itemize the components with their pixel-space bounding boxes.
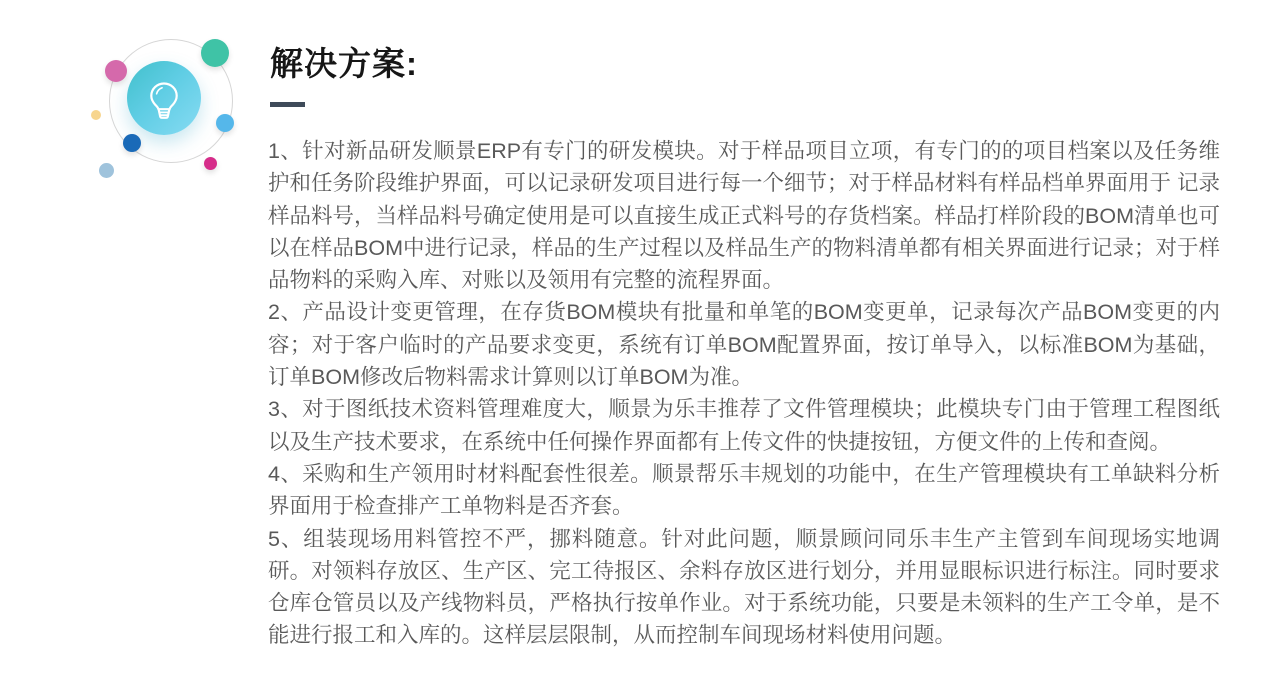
decor-dot-yellow xyxy=(91,110,101,120)
solution-paragraph-4: 4、采购和生产领用时材料配套性很差。顺景帮乐丰规划的功能中，在生产管理模块有工单… xyxy=(268,458,1220,523)
lightbulb-icon xyxy=(140,74,188,122)
page-title: 解决方案: xyxy=(270,44,418,84)
decor-dot-magenta xyxy=(204,157,217,170)
decor-dot-dark-blue xyxy=(123,134,141,152)
decor-dot-light-blue xyxy=(216,114,234,132)
page: 解决方案: 1、针对新品研发顺景ERP有专门的研发模块。对于样品项目立项，有专门… xyxy=(0,0,1263,694)
solution-paragraph-3: 3、对于图纸技术资料管理难度大，顺景为乐丰推荐了文件管理模块；此模块专门由于管理… xyxy=(268,393,1220,458)
lightbulb-graphic xyxy=(85,28,250,193)
decor-dot-teal xyxy=(201,39,229,67)
solution-text: 1、针对新品研发顺景ERP有专门的研发模块。对于样品项目立项，有专门的的项目档案… xyxy=(268,135,1220,652)
solution-paragraph-1: 1、针对新品研发顺景ERP有专门的研发模块。对于样品项目立项，有专门的的项目档案… xyxy=(268,135,1220,296)
solution-paragraph-5: 5、组装现场用料管控不严，挪料随意。针对此问题，顺景顾问同乐丰生产主管到车间现场… xyxy=(268,523,1220,652)
solution-paragraph-2: 2、产品设计变更管理，在存货BOM模块有批量和单笔的BOM变更单，记录每次产品B… xyxy=(268,296,1220,393)
lightbulb-circle xyxy=(127,61,201,135)
decor-dot-steel-blue xyxy=(99,163,114,178)
title-accent-bar xyxy=(270,102,305,107)
decor-dot-pink xyxy=(105,60,127,82)
